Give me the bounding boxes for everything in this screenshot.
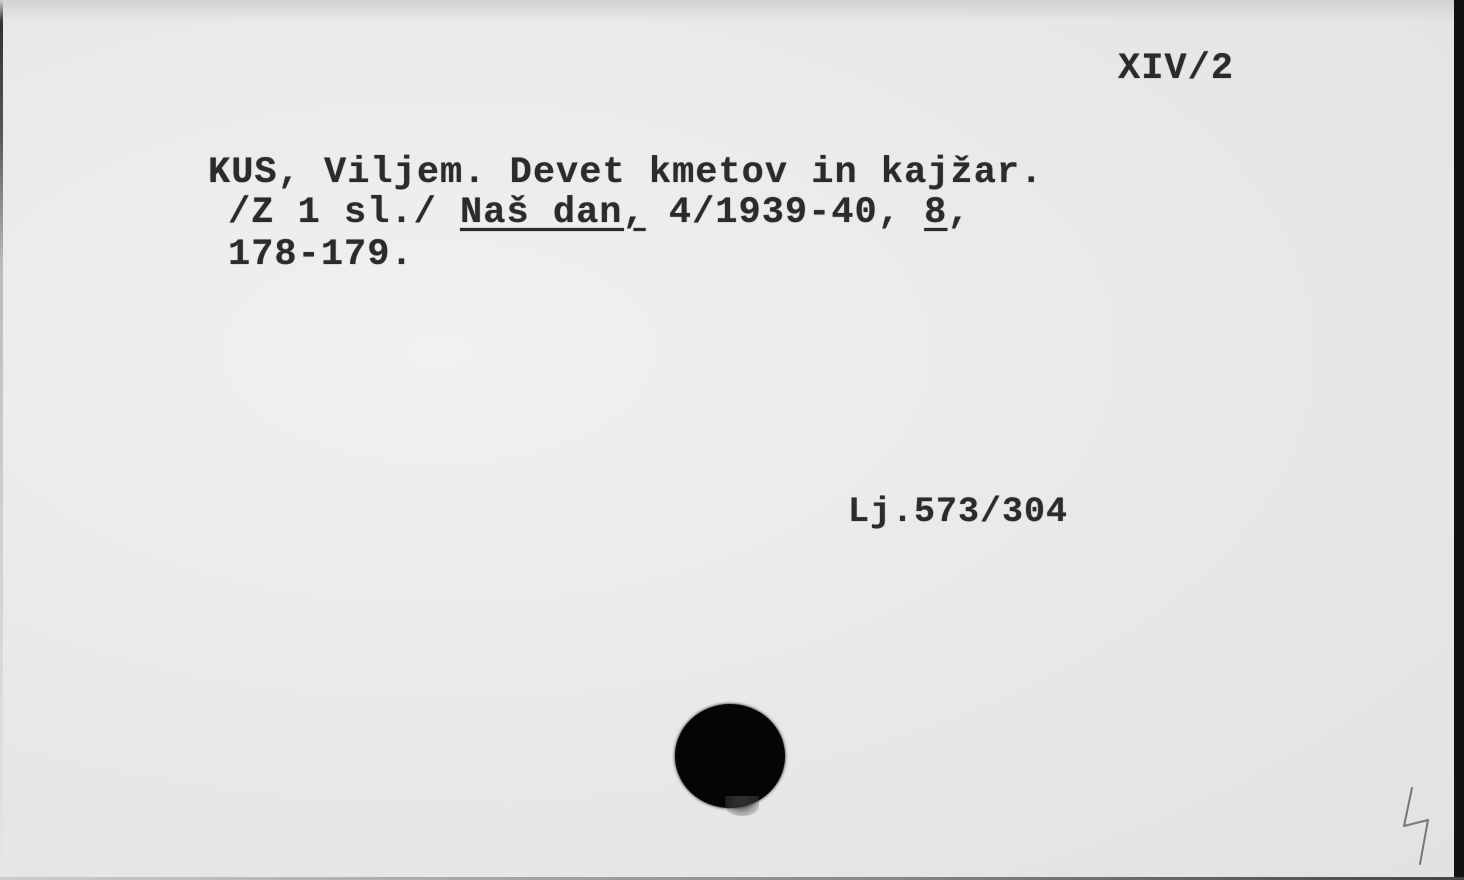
entry-source-line: /Z 1 sl./ Naš dan, 4/1939-40, 8, <box>228 192 971 234</box>
catalog-card: XIV/2 KUS, Viljem. Devet kmetov in kajža… <box>0 0 1464 880</box>
issue-number: 8 <box>924 192 947 234</box>
card-right-edge <box>1454 0 1464 880</box>
shelf-mark: Lj.573/304 <box>848 492 1068 532</box>
journal-title: Naš dan, <box>460 192 646 234</box>
entry-author-title: KUS, Viljem. Devet kmetov in kajžar. <box>208 152 1043 194</box>
illustration-note: /Z 1 sl./ <box>228 192 460 234</box>
pencil-mark-icon <box>1398 786 1438 866</box>
page-range: 178-179. <box>228 234 414 276</box>
punch-hole-tear <box>725 796 759 816</box>
volume-year: 4/1939-40, <box>646 192 924 234</box>
issue-separator: , <box>947 192 970 234</box>
punch-hole <box>675 704 785 808</box>
call-number: XIV/2 <box>1118 48 1234 90</box>
top-shadow <box>0 0 1464 22</box>
